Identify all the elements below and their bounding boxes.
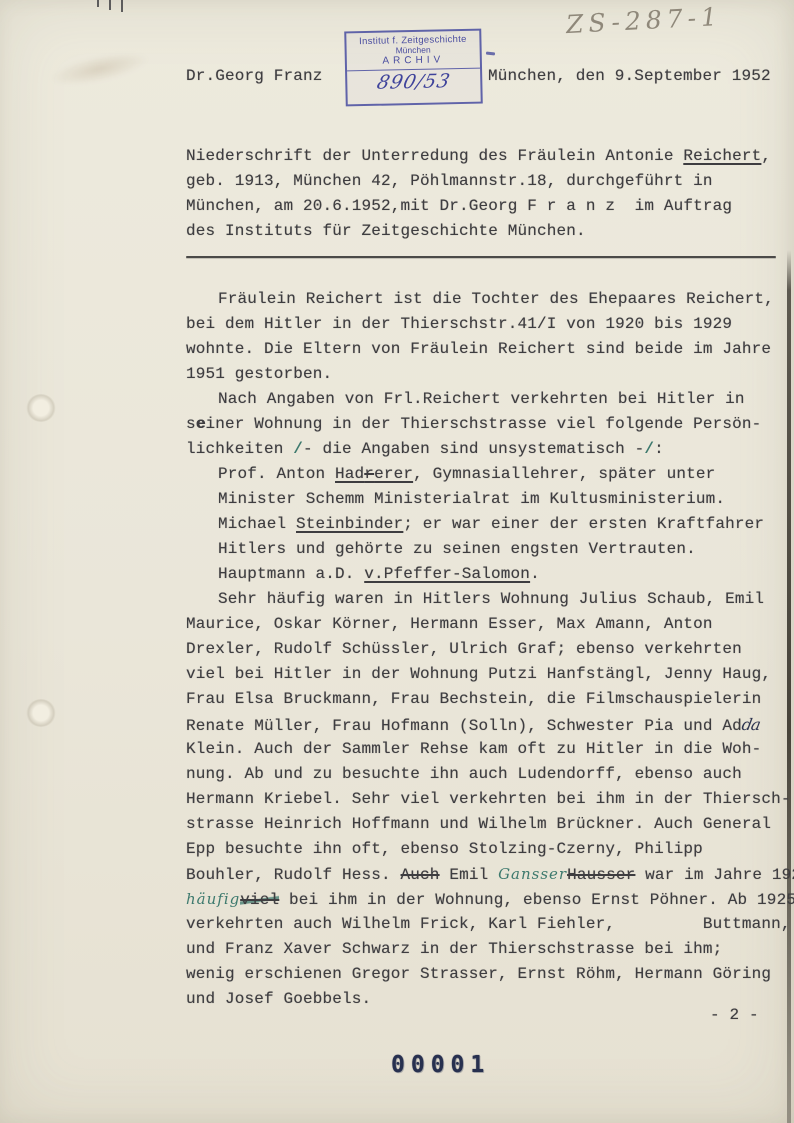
text-segment: Hitlers und gehörte zu seinen engsten Ve… [218, 540, 696, 558]
text-segment: wenig erschienen Gregor Strasser, Ernst … [186, 965, 771, 983]
document-heading: Niederschrift der Unterredung des Fräule… [186, 144, 771, 244]
text-segment: Auch [401, 866, 440, 884]
typed-line: 1951 gestorben. [186, 362, 794, 387]
text-segment: des Instituts für Zeitgeschichte München… [186, 222, 586, 240]
text-segment: Bouhler, Rudolf Hess. [186, 866, 401, 884]
horizontal-rule [186, 256, 776, 258]
text-segment: , Gymnasiallehrer, später unter [413, 465, 715, 483]
scan-edge-mark [97, 0, 99, 7]
typed-line: lichkeiten /- die Angaben sind unsystema… [186, 437, 794, 462]
document-body: Fräulein Reichert ist die Tochter des Eh… [186, 287, 794, 1012]
text-segment: / [644, 440, 654, 458]
text-segment: e [196, 415, 206, 433]
text-segment: häufig [186, 890, 240, 908]
text-segment: 1951 gestorben. [186, 365, 332, 383]
typed-line: und Josef Goebbels. [186, 987, 794, 1012]
text-segment: da [740, 712, 762, 737]
scan-edge-mark [121, 0, 123, 12]
document-author: Dr.Georg Franz [186, 67, 323, 85]
text-segment: . [530, 565, 540, 583]
text-segment: lichkeiten [186, 440, 293, 458]
text-segment: wohnte. Die Eltern von Fräulein Reichert… [186, 340, 771, 358]
text-segment: Gansser [498, 865, 567, 883]
ink-dash-mark [486, 52, 495, 56]
text-segment: : [654, 440, 664, 458]
typed-line: Michael Steinbinder; er war einer der er… [186, 512, 794, 537]
text-segment: Nach Angaben von Frl.Reichert verkehrten… [218, 390, 745, 408]
text-segment: Epp besuchte ihn oft, ebenso Stolzing-Cz… [186, 840, 703, 858]
text-segment: Prof. Anton [218, 465, 335, 483]
typed-line: Fräulein Reichert ist die Tochter des Eh… [186, 287, 794, 312]
typed-line: häufigviel bei ihm in der Wohnung, ebens… [186, 887, 794, 912]
text-segment: v.Pfeffer-Salomon [364, 565, 530, 583]
text-segment: Reichert [683, 147, 761, 165]
text-segment: geb. 1913, München 42, Pöhlmannstr.18, d… [186, 172, 713, 190]
typed-line: Hitlers und gehörte zu seinen engsten Ve… [186, 537, 794, 562]
text-segment: nung. Ab und zu besuchte ihn auch Ludend… [186, 765, 742, 783]
text-segment: Hermann Kriebel. Sehr viel verkehrten be… [186, 790, 791, 808]
text-segment: Sehr häufig waren in Hitlers Wohnung Jul… [218, 590, 764, 608]
typed-line: geb. 1913, München 42, Pöhlmannstr.18, d… [186, 169, 771, 194]
typed-line: wenig erschienen Gregor Strasser, Ernst … [186, 962, 794, 987]
typed-line: Niederschrift der Unterredung des Fräule… [186, 144, 771, 169]
document-place-date: München, den 9.September 1952 [488, 67, 771, 85]
text-segment: strasse Heinrich Hoffmann und Wilhelm Br… [186, 815, 771, 833]
typed-line: bei dem Hitler in der Thierschstr.41/I v… [186, 312, 794, 337]
typed-line: Nach Angaben von Frl.Reichert verkehrten… [186, 387, 794, 412]
text-segment: verkehrten auch Wilhelm Frick, Karl Fieh… [186, 915, 791, 933]
typed-line: Frau Elsa Bruckmann, Frau Bechstein, die… [186, 687, 794, 712]
text-segment: viel bei Hitler in der Wohnung Putzi Han… [186, 665, 771, 683]
text-segment: s [186, 415, 196, 433]
text-segment: bei dem Hitler in der Thierschstr.41/I v… [186, 315, 732, 333]
text-segment: Steinbinder [296, 515, 403, 533]
text-segment: Fräulein Reichert ist die Tochter des Eh… [218, 290, 774, 308]
text-segment: , [761, 147, 771, 165]
scanned-document-page: ZS-287-1 Institut f. Zeitgeschichte Münc… [0, 0, 794, 1123]
typed-line: Sehr häufig waren in Hitlers Wohnung Jul… [186, 587, 794, 612]
typed-line: strasse Heinrich Hoffmann und Wilhelm Br… [186, 812, 794, 837]
text-segment: r [364, 465, 374, 483]
text-segment: Drexler, Rudolf Schüssler, Ulrich Graf; … [186, 640, 742, 658]
text-segment: Minister Schemm Ministerialrat im Kultus… [218, 490, 725, 508]
typed-line: Klein. Auch der Sammler Rehse kam oft zu… [186, 737, 794, 762]
text-segment: Hausser [567, 866, 635, 884]
text-segment: Had [335, 465, 364, 483]
typed-line: verkehrten auch Wilhelm Frick, Karl Fieh… [186, 912, 794, 937]
text-segment: iner Wohnung in der Thierschstrasse viel… [206, 415, 762, 433]
text-segment: bei ihm in der Wohnung, ebenso Ernst Pöh… [279, 891, 794, 909]
text-segment: war im Jahre 1923 [635, 866, 794, 884]
text-segment: Michael [218, 515, 296, 533]
text-segment: und Josef Goebbels. [186, 990, 371, 1008]
text-segment: und Franz Xaver Schwarz in der Thierschs… [186, 940, 722, 958]
handwritten-archive-reference: ZS-287-1 [565, 2, 722, 39]
page-number: - 2 - [710, 1006, 759, 1024]
typed-line: München, am 20.6.1952,mit Dr.Georg F r a… [186, 194, 771, 219]
text-segment: erer [374, 465, 413, 483]
text-segment: Maurice, Oskar Körner, Hermann Esser, Ma… [186, 615, 713, 633]
punch-hole [26, 699, 56, 727]
typed-line: Hauptmann a.D. v.Pfeffer-Salomon. [186, 562, 794, 587]
typed-line: Maurice, Oskar Körner, Hermann Esser, Ma… [186, 612, 794, 637]
text-segment: ; er war einer der ersten Kraftfahrer [403, 515, 764, 533]
typed-line: Epp besuchte ihn oft, ebenso Stolzing-Cz… [186, 837, 794, 862]
typed-line: Renate Müller, Frau Hofmann (Solln), Sch… [186, 712, 794, 737]
text-segment: Niederschrift der Unterredung des Fräule… [186, 147, 683, 165]
typed-line: nung. Ab und zu besuchte ihn auch Ludend… [186, 762, 794, 787]
typed-line: des Instituts für Zeitgeschichte München… [186, 219, 771, 244]
text-segment: Renate Müller, Frau Hofmann (Solln), Sch… [186, 717, 742, 735]
text-segment: viel [240, 891, 279, 909]
typed-line: Minister Schemm Ministerialrat im Kultus… [186, 487, 794, 512]
typed-line: Hermann Kriebel. Sehr viel verkehrten be… [186, 787, 794, 812]
archive-stamp: Institut f. Zeitgeschichte München ARCHI… [344, 29, 483, 107]
typed-line: Prof. Anton Hadrerer, Gymnasiallehrer, s… [186, 462, 794, 487]
serial-number-stamp: 00001 [391, 1052, 490, 1078]
text-segment: Klein. Auch der Sammler Rehse kam oft zu… [186, 740, 761, 758]
punch-hole [26, 394, 56, 422]
pencil-smudge [46, 46, 151, 93]
text-segment: Frau Elsa Bruckmann, Frau Bechstein, die… [186, 690, 761, 708]
typed-line: seiner Wohnung in der Thierschstrasse vi… [186, 412, 794, 437]
typed-line: Drexler, Rudolf Schüssler, Ulrich Graf; … [186, 637, 794, 662]
typed-line: viel bei Hitler in der Wohnung Putzi Han… [186, 662, 794, 687]
stamp-archiv-line: ARCHIV [347, 54, 480, 69]
scan-edge-mark [109, 0, 111, 10]
typed-line: Bouhler, Rudolf Hess. Auch Emil GansserH… [186, 862, 794, 887]
text-segment: München, am 20.6.1952,mit Dr.Georg F r a… [186, 197, 732, 215]
stamp-handwritten-number: 890/53 [345, 70, 483, 95]
text-segment: - die Angaben sind unsystematisch - [303, 440, 644, 458]
text-segment: Emil [440, 866, 499, 884]
typed-line: und Franz Xaver Schwarz in der Thierschs… [186, 937, 794, 962]
text-segment: Hauptmann a.D. [218, 565, 364, 583]
text-segment: / [293, 440, 303, 458]
typed-line: wohnte. Die Eltern von Fräulein Reichert… [186, 337, 794, 362]
